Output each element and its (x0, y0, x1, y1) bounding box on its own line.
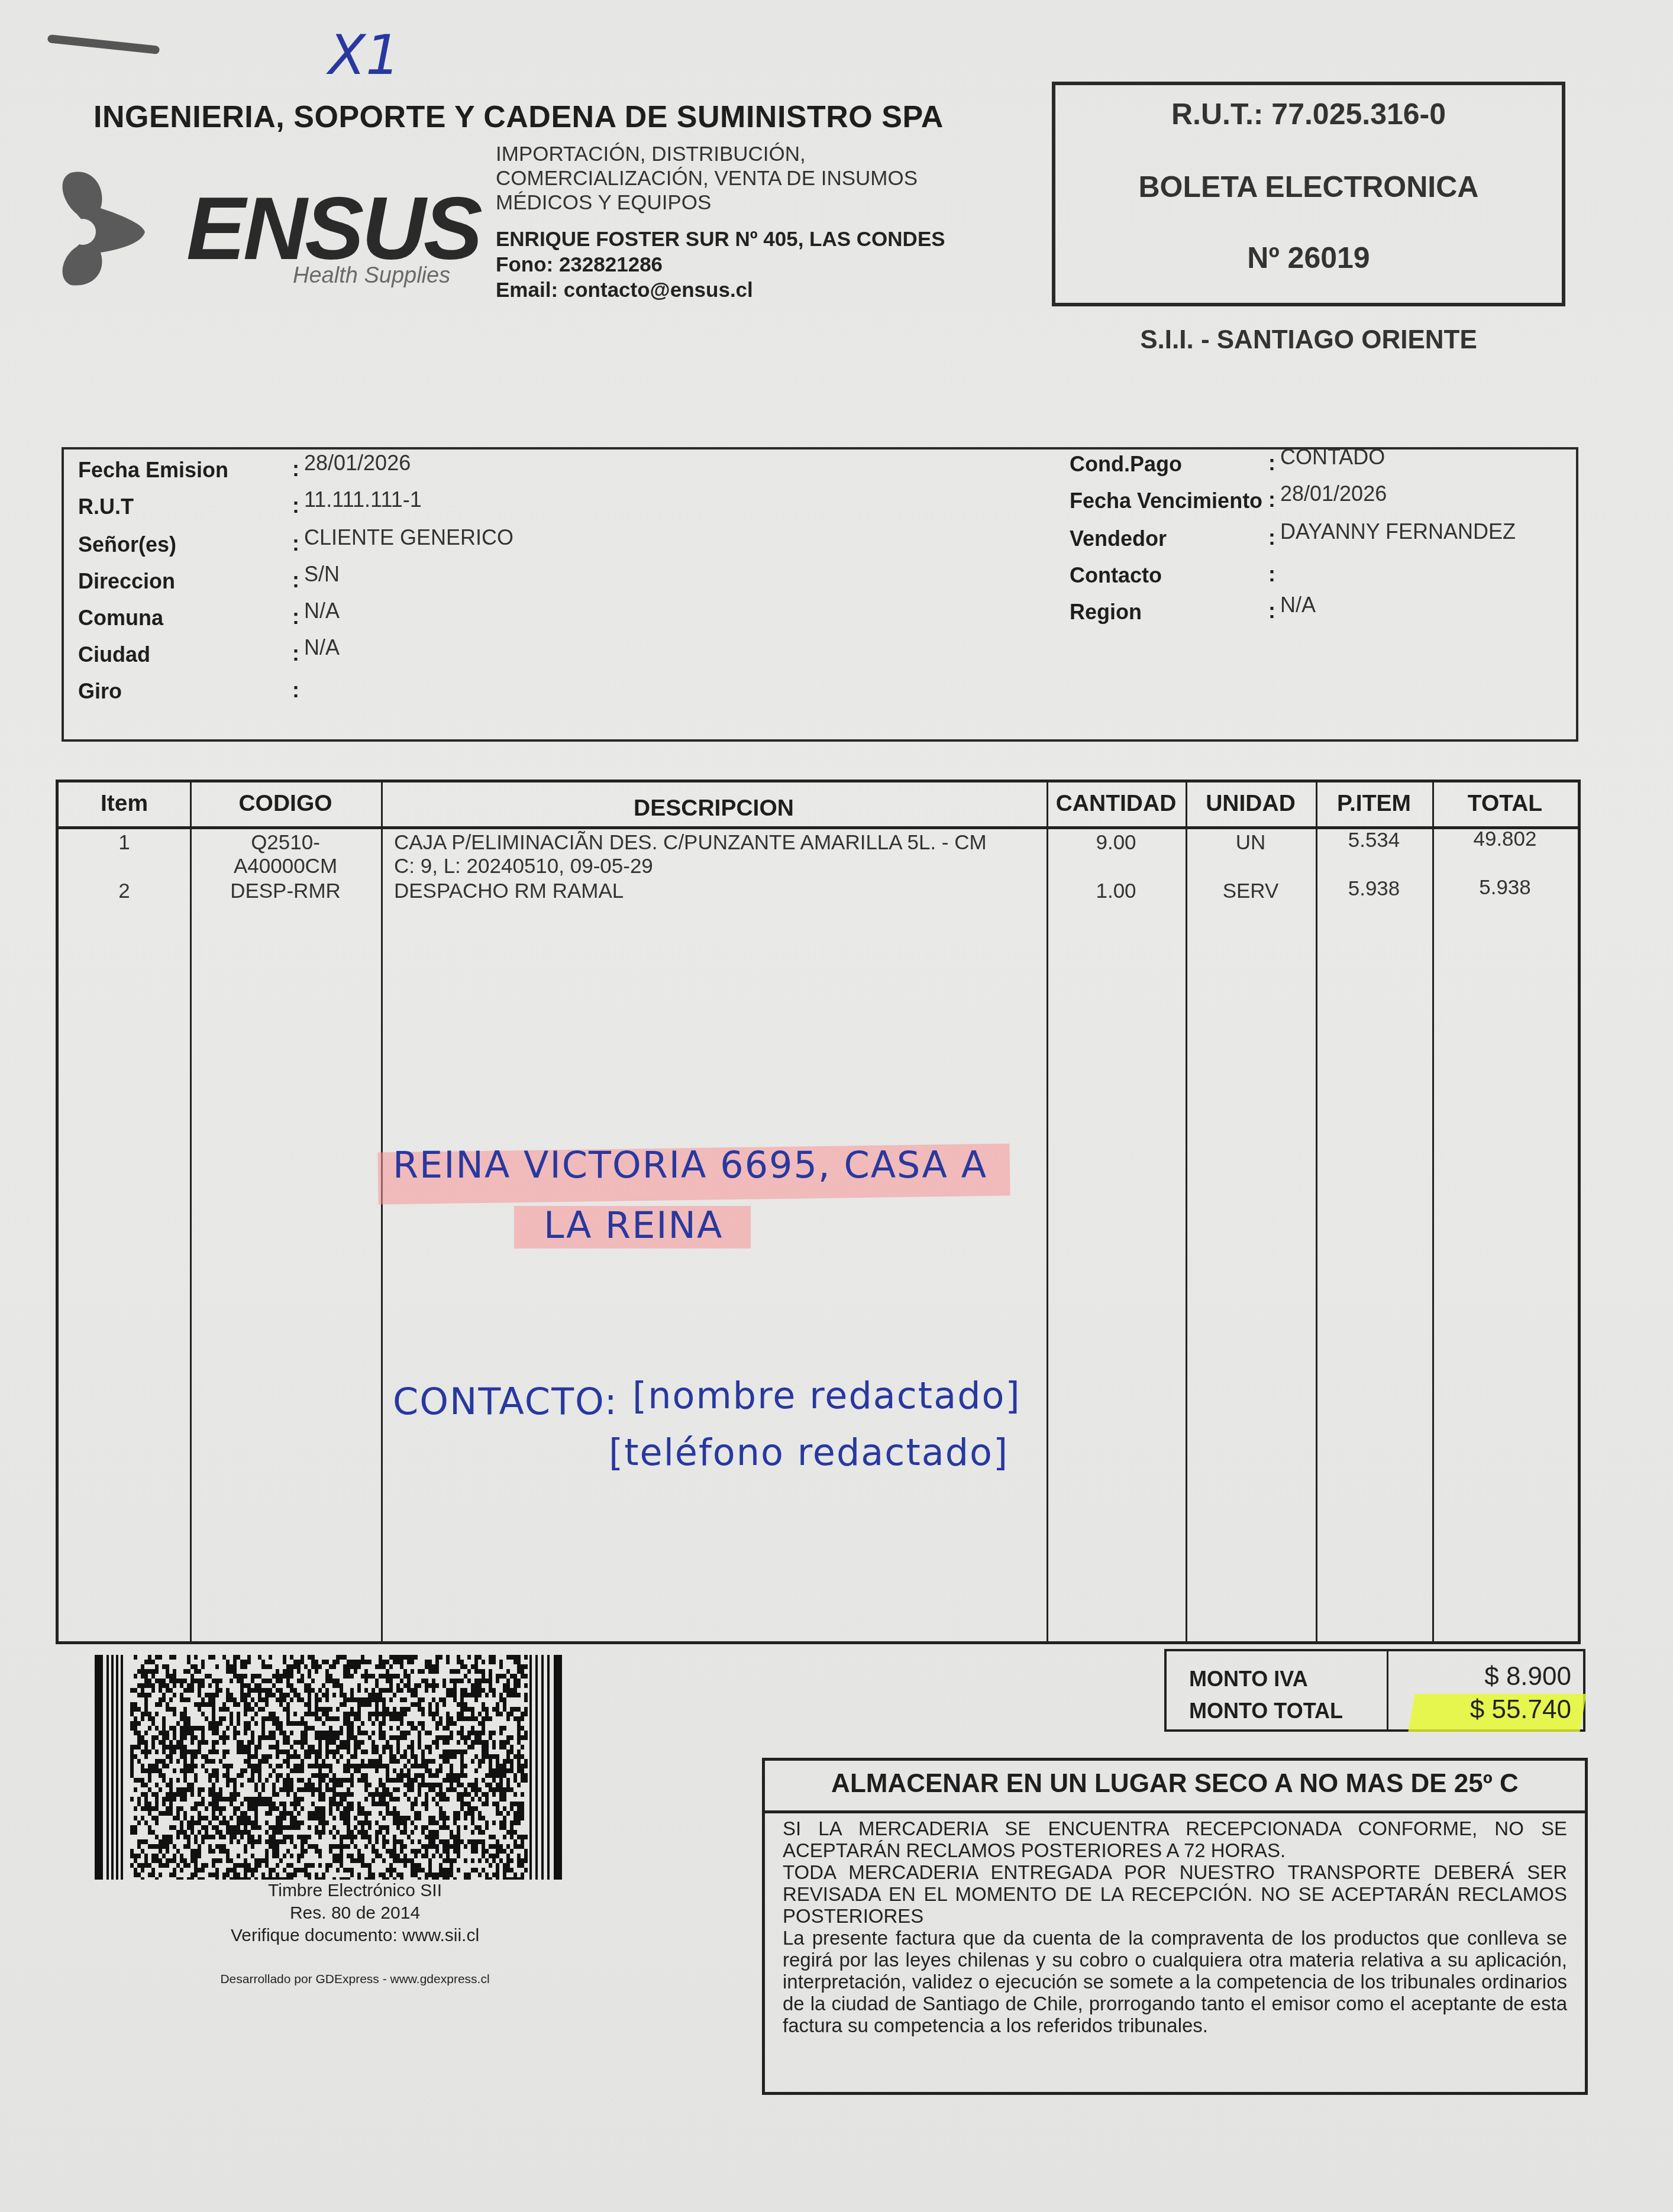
issuer-rut: R.U.T.: 77.025.316-0 (1055, 97, 1562, 131)
ensus-logo-icon (59, 167, 148, 291)
activity-line: COMERCIALIZACIÓN, VENTA DE INSUMOS (496, 166, 969, 190)
item-code: DESP-RMR (190, 879, 381, 903)
field-value: N/A (304, 599, 340, 623)
notice-paragraph: SI LA MERCADERIA SE ENCUENTRA RECEPCIONA… (783, 1818, 1567, 1861)
field-label: Ciudad (78, 642, 150, 667)
column-divider (381, 782, 383, 1641)
ensus-logo: ENSUS Health Supplies (59, 160, 473, 296)
notice-title: ALMACENAR EN UN LUGAR SECO A NO MAS DE 2… (765, 1769, 1585, 1799)
pen-object (47, 34, 160, 54)
storage-notice: ALMACENAR EN UN LUGAR SECO A NO MAS DE 2… (762, 1758, 1588, 2095)
issuer-contact: ENRIQUE FOSTER SUR Nº 405, LAS CONDES Fo… (496, 227, 945, 303)
handwritten-contact-phone: [teléfono redactado] (609, 1431, 1009, 1474)
totals-divider (1387, 1651, 1388, 1729)
item-total: 49.802 (1432, 827, 1578, 851)
column-divider (1047, 782, 1048, 1641)
sii-office: S.I.I. - SANTIAGO ORIENTE (1052, 325, 1565, 355)
field-colon: : (292, 678, 299, 703)
handwritten-commune: LA REINA (544, 1204, 723, 1247)
stamp-line: Res. 80 de 2014 (89, 1902, 621, 1925)
field-value: 11.111.111-1 (304, 487, 422, 512)
totals-box: MONTO IVA $ 8.900 MONTO TOTAL $ 55.740 (1164, 1649, 1585, 1732)
item-code: A40000CM (190, 855, 381, 878)
field-colon: : (292, 604, 299, 629)
stamp-text: Timbre Electrónico SII Res. 80 de 2014 V… (89, 1880, 621, 1947)
item-description: DESPACHO RM RAMAL (394, 879, 1047, 903)
field-colon: : (292, 531, 299, 556)
field-label: Fecha Vencimiento (1070, 489, 1262, 513)
column-header: DESCRIPCION (381, 795, 1047, 822)
field-value: DAYANNY FERNANDEZ (1280, 519, 1516, 544)
item-quantity: 1.00 (1047, 879, 1186, 903)
field-label: Señor(es) (78, 532, 176, 557)
issuer-address: ENRIQUE FOSTER SUR Nº 405, LAS CONDES (496, 227, 945, 252)
field-colon: : (292, 457, 299, 481)
field-value: 28/01/2026 (1280, 481, 1387, 506)
field-label: Comuna (78, 606, 163, 630)
client-info-box: Fecha Emision:28/01/2026R.U.T:11.111.111… (62, 447, 1578, 742)
handwritten-address: REINA VICTORIA 6695, CASA A (393, 1143, 987, 1186)
document-number: Nº 26019 (1055, 241, 1562, 275)
handwritten-mark: X1 (328, 24, 401, 87)
issuer-email: Email: contacto@ensus.cl (496, 277, 945, 303)
field-label: Region (1070, 600, 1142, 625)
column-divider (1186, 782, 1187, 1641)
handwritten-contact-label: CONTACTO: (393, 1380, 618, 1423)
field-value: 28/01/2026 (304, 451, 411, 476)
field-colon: : (1268, 562, 1275, 587)
field-label: R.U.T (78, 494, 134, 519)
field-colon: : (292, 493, 299, 518)
column-header: Item (59, 791, 190, 817)
iva-label: MONTO IVA (1189, 1667, 1308, 1692)
handwritten-contact-name: [nombre redactado] (632, 1374, 1021, 1417)
electronic-stamp-barcode (95, 1655, 562, 1880)
issuer-activity: IMPORTACIÓN, DISTRIBUCIÓN, COMERCIALIZAC… (496, 142, 969, 215)
document-id-box: R.U.T.: 77.025.316-0 BOLETA ELECTRONICA … (1052, 82, 1565, 306)
notice-paragraph: TODA MERCADERIA ENTREGADA POR NUESTRO TR… (783, 1861, 1567, 1927)
column-divider (1316, 782, 1317, 1641)
field-label: Vendedor (1070, 526, 1167, 551)
field-colon: : (1268, 451, 1275, 476)
column-header: UNIDAD (1186, 791, 1316, 817)
total-value: $ 55.740 (1470, 1695, 1571, 1725)
field-value: N/A (1280, 593, 1316, 617)
item-total: 5.938 (1432, 876, 1578, 900)
item-description: C: 9, L: 20240510, 09-05-29 (394, 855, 1047, 878)
item-quantity: 9.00 (1047, 831, 1186, 855)
column-header: P.ITEM (1316, 791, 1432, 817)
item-unit: SERV (1186, 879, 1316, 903)
field-colon: : (1268, 487, 1275, 512)
notice-rule (765, 1810, 1585, 1813)
item-code: Q2510- (190, 831, 381, 855)
column-divider (190, 782, 192, 1641)
developer-credit: Desarrollado por GDExpress - www.gdexpre… (89, 1972, 621, 1987)
field-label: Fecha Emision (78, 458, 228, 483)
issuer-phone: Fono: 232821286 (496, 252, 945, 277)
activity-line: MÉDICOS Y EQUIPOS (496, 190, 969, 215)
column-header: TOTAL (1432, 791, 1578, 817)
column-header: CANTIDAD (1047, 791, 1186, 817)
item-unit: UN (1186, 831, 1316, 855)
field-value: CLIENTE GENERICO (304, 525, 513, 550)
stamp-verify-link[interactable]: Verifique documento: www.sii.cl (89, 1925, 621, 1947)
field-label: Giro (78, 679, 122, 704)
items-table: ItemCODIGODESCRIPCIONCANTIDADUNIDADP.ITE… (56, 780, 1581, 1644)
item-unit-price: 5.534 (1316, 829, 1432, 852)
item-number: 1 (59, 831, 190, 855)
item-description: CAJA P/ELIMINACIÃN DES. C/PUNZANTE AMARI… (394, 831, 1047, 855)
item-unit-price: 5.938 (1316, 877, 1432, 901)
column-divider (1432, 782, 1434, 1641)
field-colon: : (292, 568, 299, 593)
field-colon: : (1268, 599, 1275, 623)
notice-paragraph: La presente factura que da cuenta de la … (783, 1927, 1567, 2036)
stamp-line: Timbre Electrónico SII (89, 1880, 621, 1902)
activity-line: IMPORTACIÓN, DISTRIBUCIÓN, (496, 142, 969, 166)
brand-tagline: Health Supplies (293, 263, 450, 289)
field-value: CONTADO (1280, 445, 1385, 470)
field-value: S/N (304, 562, 340, 587)
notice-body: SI LA MERCADERIA SE ENCUENTRA RECEPCIONA… (783, 1818, 1567, 2036)
field-colon: : (292, 641, 299, 666)
total-label: MONTO TOTAL (1189, 1699, 1343, 1723)
field-label: Contacto (1070, 563, 1162, 588)
field-label: Cond.Pago (1070, 452, 1182, 477)
issuer-legal-name: INGENIERIA, SOPORTE Y CADENA DE SUMINIST… (93, 99, 944, 135)
iva-value: $ 8.900 (1484, 1662, 1571, 1692)
field-colon: : (1268, 525, 1275, 550)
item-number: 2 (59, 879, 190, 903)
column-header: CODIGO (190, 791, 381, 817)
field-label: Direccion (78, 569, 175, 594)
document-type: BOLETA ELECTRONICA (1055, 170, 1562, 204)
field-value: N/A (304, 635, 340, 660)
